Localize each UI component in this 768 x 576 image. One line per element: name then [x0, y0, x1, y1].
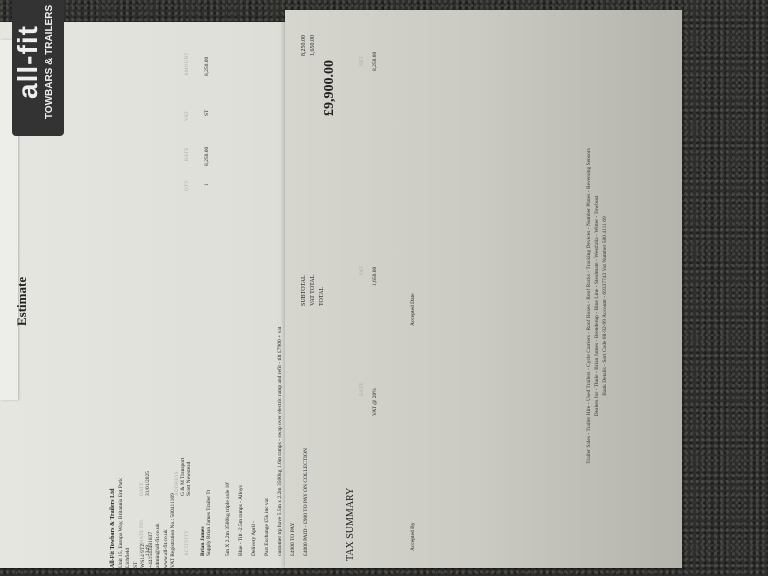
- note-line: 5m X 2.2m 3500kg triple axle 10': [222, 327, 235, 556]
- footer-services: Trailer Sales - Trailer Hire - Used Trai…: [585, 56, 593, 556]
- note-line: £4000 PAID - £900 TO PAY ON COLLECTION: [300, 327, 313, 556]
- totals-labels: SUBTOTAL VAT TOTAL TOTAL: [300, 275, 327, 306]
- logo-tagline: TOWBARS & TRAILERS: [44, 0, 56, 136]
- col-vat: VAT: [185, 111, 190, 121]
- address-line: ST: [133, 562, 139, 568]
- address-line: Lichfield: [125, 548, 131, 568]
- footer: Trailer Sales - Trailer Hire - Used Trai…: [585, 56, 609, 556]
- totals-values: 8,250.00 1,650.00: [300, 35, 318, 56]
- email: admin@all-fit.co.uk: [155, 524, 161, 568]
- col-amount: AMOUNT: [185, 52, 190, 76]
- note-line: Part Exchange £5k inc vat: [261, 327, 274, 556]
- logo-brand: all-fit: [12, 0, 44, 136]
- address-line: Unit 15, Europa Way, Britannia Ent Park: [118, 478, 124, 568]
- note-line: Blue - Tilt -2.5m ramps - Alloys: [235, 327, 248, 556]
- row-rate: 8,250.00: [204, 147, 210, 166]
- estimate-no-value: 1349: [145, 519, 151, 557]
- col-activity: ACTIVITY: [185, 530, 190, 556]
- table-row: Brian James Supply Brian James Trailer T…: [200, 490, 212, 556]
- website: www.all-fit.co.uk: [163, 529, 169, 568]
- accepted-date: Accepted Date: [410, 293, 416, 326]
- row-qty: 1: [204, 183, 210, 186]
- tax-vat: 1,650.00: [372, 267, 378, 286]
- page-title: Estimate: [14, 277, 30, 326]
- estimate-number: ESTIMATE NO. 1349: [140, 519, 151, 557]
- note-line: £4900 TO PAY: [287, 327, 300, 556]
- tax-col-vat: VAT: [360, 266, 365, 276]
- customer-line: Scott Newstead: [186, 458, 192, 496]
- note-line: customer trp have 5.5m x 2.2m 3500kg 1.6…: [274, 327, 287, 556]
- row-vat: ST: [204, 110, 210, 116]
- notes: 5m X 2.2m 3500kg triple axle 10' Blue - …: [222, 327, 313, 556]
- vat-registration: VAT Registration No.: 580411169: [170, 493, 176, 568]
- subtotal-value: 8,250.00: [300, 35, 309, 56]
- grand-total: £9,900.00: [322, 60, 338, 116]
- tax-col-net: NET: [360, 55, 365, 66]
- total-label: TOTAL: [318, 275, 327, 306]
- subtotal-label: SUBTOTAL: [300, 275, 309, 306]
- tax-col-rate: RATE: [360, 382, 365, 396]
- estimate-date: DATE 31/01/2025: [140, 471, 151, 496]
- col-qty: QTY: [185, 180, 190, 191]
- vat-total-value: 1,650.00: [309, 35, 318, 56]
- row-amount: 8,250.00: [204, 57, 210, 76]
- note-line: Delivery April -: [248, 327, 261, 556]
- footer-bank-details: Bank Details - Sort Code 08-92-99 Accoun…: [601, 56, 609, 556]
- company-logo: all-fit TOWBARS & TRAILERS: [12, 0, 64, 136]
- company-name: All-Fit Towbars & Trailers Ltd: [110, 489, 116, 568]
- vat-total-label: VAT TOTAL: [309, 275, 318, 306]
- footer-dealers: Dealers for - Thule - Brian James - Bren…: [593, 56, 601, 556]
- activity-description: Supply Brian James Trailer Tt: [206, 490, 212, 556]
- customer-address: ADDRESS G & M Transport Scott Newstead: [175, 458, 192, 496]
- tax-summary-heading: TAX SUMMARY: [345, 488, 356, 561]
- col-rate: RATE: [185, 147, 190, 161]
- tax-net: 8,250.00: [372, 52, 378, 71]
- tax-rate: VAT @ 20%: [372, 388, 378, 416]
- accepted-by: Accepted By: [410, 522, 416, 551]
- estimate-page: all-fit TOWBARS & TRAILERS Estimate All-…: [0, 16, 650, 576]
- date-value: 31/01/2025: [145, 471, 151, 496]
